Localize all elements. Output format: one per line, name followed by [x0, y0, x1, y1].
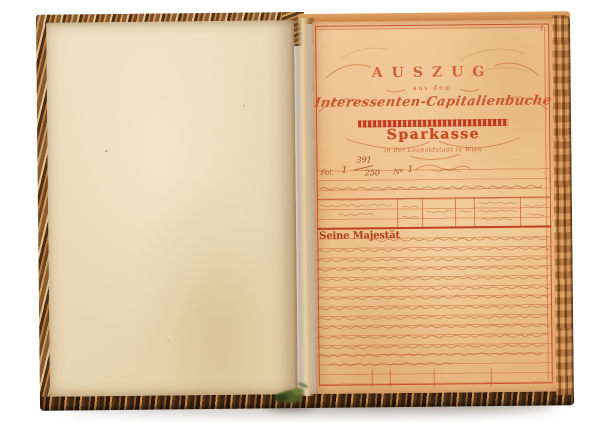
green-tassel — [272, 384, 316, 408]
handwritten-text-lines — [316, 168, 550, 366]
folio-value: 1 — [342, 166, 348, 176]
paper-speck — [167, 339, 169, 341]
tassel-strand — [298, 382, 308, 388]
number-value: 1 — [408, 165, 414, 175]
paper-speck — [243, 105, 245, 107]
tassel-knot — [292, 388, 304, 395]
number-label: Nº — [394, 168, 404, 176]
paper-speck — [105, 150, 107, 152]
photo-backdrop: 1. AUSZUG aus dem Interessenten-Capitali… — [0, 0, 616, 422]
institution-name: Sparkasse — [313, 125, 553, 144]
left-blank-page — [46, 20, 298, 397]
account-number-denominator: 250 — [365, 168, 380, 177]
open-book: 1. AUSZUG aus dem Interessenten-Capitali… — [36, 9, 576, 411]
body-lead-in: Seine Majestät — [319, 230, 400, 242]
folio-label: Fol. — [321, 169, 334, 177]
account-number-numerator: 391 — [356, 155, 371, 164]
register-name-line: Interessenten-Capitalienbuche — [312, 93, 554, 111]
right-ledger-page: 1. AUSZUG aus dem Interessenten-Capitali… — [312, 19, 556, 393]
page-number: 1. — [539, 24, 546, 32]
extract-title: AUSZUG — [312, 63, 552, 82]
